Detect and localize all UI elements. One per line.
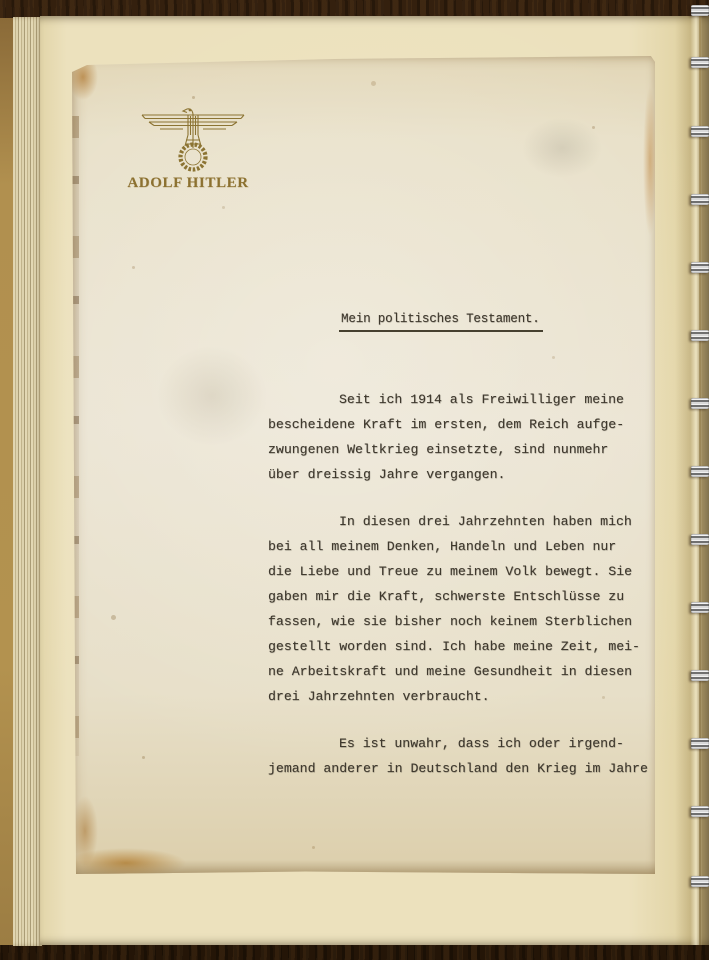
document-page: ADOLF HITLER Mein politisches Testament.… xyxy=(72,56,655,874)
binding-post xyxy=(691,466,709,477)
document-line: ne Arbeitskraft und meine Gesundheit in … xyxy=(268,659,658,684)
document-line: Seit ich 1914 als Freiwilliger meine xyxy=(268,387,658,412)
document-line: In diesen drei Jahrzehnten haben mich xyxy=(268,509,658,534)
binding-post xyxy=(691,738,709,749)
binding-post xyxy=(691,398,709,409)
cover-inner-edge xyxy=(0,18,13,945)
paragraph-1: Seit ich 1914 als Freiwilliger meinebesc… xyxy=(268,387,658,487)
binding-post xyxy=(691,806,709,817)
stain xyxy=(522,118,602,178)
binding-post xyxy=(691,194,709,205)
document-body: Seit ich 1914 als Freiwilliger meinebesc… xyxy=(268,387,658,803)
eagle-wreath-emblem-icon xyxy=(138,102,248,172)
document-line: drei Jahrzehnten verbraucht. xyxy=(268,684,658,709)
binding-post xyxy=(691,670,709,681)
paragraph-2: In diesen drei Jahrzehnten haben michbei… xyxy=(268,509,658,709)
document-line: jemand anderer in Deutschland den Krieg … xyxy=(268,756,658,781)
paragraph-3: Es ist unwahr, dass ich oder irgend-jema… xyxy=(268,731,658,781)
binding-post xyxy=(691,57,709,68)
letterhead-name: ADOLF HITLER xyxy=(126,175,250,192)
document-line: Es ist unwahr, dass ich oder irgend- xyxy=(268,731,658,756)
document-line: bei all meinem Denken, Handeln und Leben… xyxy=(268,534,658,559)
stain xyxy=(72,860,655,874)
document-line: gaben mir die Kraft, schwerste Entschlüs… xyxy=(268,584,658,609)
binding-post xyxy=(691,876,709,887)
binding-post xyxy=(691,330,709,341)
photographed-book-page: ADOLF HITLER Mein politisches Testament.… xyxy=(0,0,709,960)
document-line: über dreissig Jahre vergangen. xyxy=(268,462,658,487)
binding-post xyxy=(691,602,709,613)
stain xyxy=(157,346,267,446)
binding-post xyxy=(691,262,709,273)
stain xyxy=(643,86,657,236)
binding-post xyxy=(691,5,709,16)
document-title: Mein politisches Testament. xyxy=(339,312,543,332)
binding-post xyxy=(691,126,709,137)
document-line: zwungenen Weltkrieg einsetzte, sind nunm… xyxy=(268,437,658,462)
document-line: die Liebe und Treue zu meinem Volk beweg… xyxy=(268,559,658,584)
document-line: bescheidene Kraft im ersten, dem Reich a… xyxy=(268,412,658,437)
document-line: fassen, wie sie bisher noch keinem Sterb… xyxy=(268,609,658,634)
stacked-page-edges xyxy=(13,17,42,946)
document-line: gestellt worden sind. Ich habe meine Zei… xyxy=(268,634,658,659)
binding-post xyxy=(691,534,709,545)
